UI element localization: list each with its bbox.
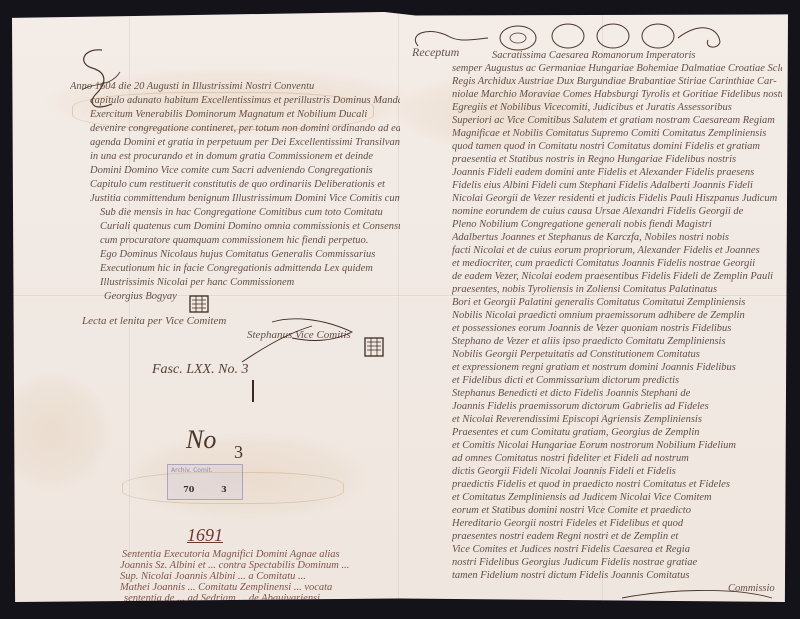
text-line: Sub die mensis in hac Congregatione Comi… (100, 206, 400, 220)
text-line: Bori et Georgii Palatini generalis Comit… (452, 296, 782, 310)
text-line: Hereditario Georgii nostri Fideles et Fi… (452, 517, 782, 531)
text-line: et Comitatus Zempliniensis ad Judicem Ni… (452, 491, 782, 505)
text-line: Capitulo cum restituerit constitutis de … (90, 178, 400, 192)
text-line: Nobilis Georgii Perpetuitatis ad Constit… (452, 348, 782, 362)
text-line: et expressionem regni gratiam et nostrum… (452, 361, 782, 375)
water-stain (12, 372, 112, 492)
signer-name: Georgius Bogyay (104, 290, 224, 304)
text-line: Magnificae et Nobilis Comitatus Supremo … (452, 127, 782, 141)
stamp-left-value: 70 (183, 484, 194, 494)
ink-stroke (252, 380, 254, 402)
text-line: de eadem Vezer, Nicolai eodem praesentib… (452, 270, 782, 284)
text-line: Anno 1604 die 20 Augusti in Illustrissim… (70, 80, 390, 94)
stamp-right-value: 3 (221, 484, 227, 494)
text-line: facti Nicolai et de cuius eorum proprior… (452, 244, 782, 258)
text-line: Illustrissimis Nicolai per hanc Commissi… (100, 276, 400, 290)
text-line: Domini Domino Vice comite cum Sacri adve… (90, 164, 400, 178)
text-line: et Comitis Nicolai Hungariae Eorum nostr… (452, 439, 782, 453)
text-line: Curiali quatenus cum Domini Domino omnia… (100, 220, 400, 234)
text-line: Pleno Nobilium Congregatione generali no… (452, 218, 782, 232)
text-line: cum procuratore quamquam commissionem hi… (100, 234, 400, 248)
text-line: praesentes, nobis Tyroliensis in Zoliens… (452, 283, 782, 297)
stamp-header: Archiv. Comit. (171, 467, 239, 475)
text-line: quod tamen quod in Comitatu nostri Comit… (452, 140, 782, 154)
text-line: capitulo adunato habitum Excellentissimu… (90, 94, 400, 108)
text-line: praedictis Fidelis et quod in praedicto … (452, 478, 782, 492)
text-line: agenda Domini et gratia in perpetuum per… (90, 136, 400, 150)
text-line: Vice Comites et Judices nostri Fidelis C… (452, 543, 782, 557)
text-line: in una est procurando et in domum gratia… (90, 150, 400, 164)
text-line: Fidelis eius Albini Fideli cum Stephani … (452, 179, 782, 193)
text-line: dictis Georgii Fideli Nicolai Joannis Fi… (452, 465, 782, 479)
text-line: Praesentes et cum Comitatu gratiam, Geor… (452, 426, 782, 440)
text-line: et Fidelibus dicti et Commissarium dicto… (452, 374, 782, 388)
text-line: Joannis Fideli eadem domini ante Fidelis… (452, 166, 782, 180)
text-line: Exercitum Venerabilis Dominorum Magnatum… (90, 108, 400, 122)
text-line: semper Augustus ac Germaniae Hungariae B… (452, 62, 782, 76)
text-line: devenire congregatione contineret, per t… (90, 122, 400, 136)
text-line: nostri Fidelibus Georgius Judicum Fideli… (452, 556, 782, 570)
text-line: Stephanus Benedicti et dicto Fidelis Joa… (452, 387, 782, 401)
signature-line: Stephanus Vice Comitis (247, 328, 397, 342)
closing-signature: Commissio (728, 582, 788, 596)
text-line: Nicolai Georgii de Vezer residenti et ju… (452, 192, 782, 206)
text-line: Justitia committendum benignum Illustris… (90, 192, 400, 206)
stamp-numbers: 70 3 (168, 485, 242, 493)
text-line: ad omnes Comitatus nostri fideliter et F… (452, 452, 782, 466)
text-line: Joannis Fidelis praemissorum dictorum Ga… (452, 400, 782, 414)
fascicle-note: Fasc. LXX. No. 3 (152, 362, 248, 378)
year-note: 1691 (187, 525, 223, 546)
text-line: praesentes nostri eadem Regni nostri et … (452, 530, 782, 544)
photo-stage: Anno 1604 die 20 Augusti in Illustrissim… (0, 0, 800, 619)
text-line: nomine eorundem de cuius causa Ursae Ale… (452, 205, 782, 219)
text-line: Executionum hic in facie Congregationis … (100, 262, 400, 276)
number-value: 3 (234, 442, 243, 463)
text-line: et Nicolai Reverendissimi Episcopi Agrie… (452, 413, 782, 427)
text-line: tamen Fidelium nostri dictum Fidelis Joa… (452, 569, 752, 583)
archive-stamp: Archiv. Comit. 70 3 (167, 464, 243, 500)
text-line: et possessiones eorum Joannis de Vezer q… (452, 322, 782, 336)
text-line: Nobilis Nicolai praedicti omnium praemis… (452, 309, 782, 323)
text-line: Adalbertus Joannes et Stephanus de Karcz… (452, 231, 782, 245)
signature-line: Lecta et lenita per Vice Comitem (82, 314, 282, 328)
text-line: eorum et Statibus domini nostri Vice Com… (452, 504, 782, 518)
endorsement-line: sententia de ... ad Sedriam ... de Abauj… (124, 592, 404, 602)
opening-word: Receptum (412, 45, 482, 59)
number-label: No (186, 425, 216, 455)
manuscript-sheet: Anno 1604 die 20 Augusti in Illustrissim… (12, 12, 788, 602)
text-line: Regis Archidux Austriae Dux Burgundiae B… (452, 75, 782, 89)
text-line: niolae Marchio Moraviae Comes Habsburgi … (452, 88, 782, 102)
text-line: Sacratissima Caesarea Romanorum Imperato… (492, 49, 782, 63)
text-line: praesentia et Statibus nostris in Regno … (452, 153, 782, 167)
text-line: Ego Dominus Nicolaus hujus Comitatus Gen… (100, 248, 400, 262)
text-line: Egregiis et Nobilibus Vicecomiti, Judici… (452, 101, 782, 115)
text-line: Stephano de Vezer et aliis ipso praedict… (452, 335, 782, 349)
text-line: Superiori ac Vice Comitibus Salutem et g… (452, 114, 782, 128)
text-line: et mediocriter, cum praedicti Comitatus … (452, 257, 782, 271)
